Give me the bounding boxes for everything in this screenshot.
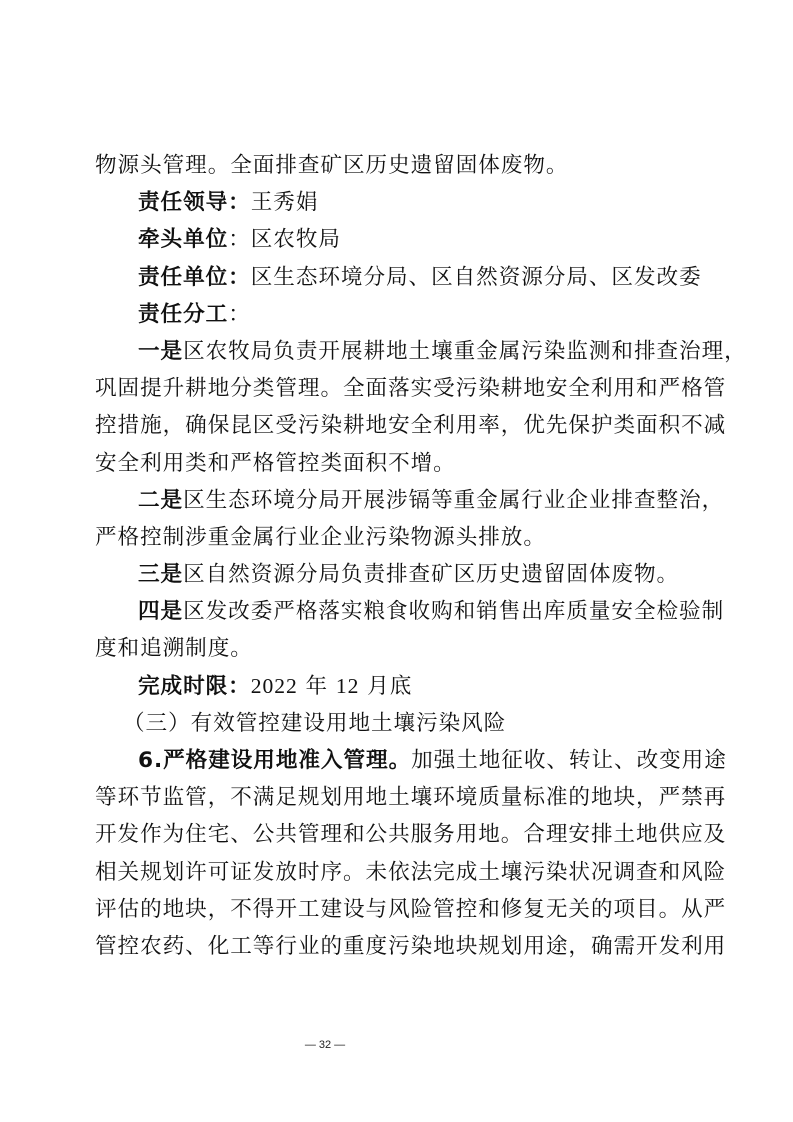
paragraph-line: 相关规划许可证发放时序。未依法完成土壤污染状况调查和风险 [95,854,705,891]
item-text: 加强土地征收、转让、改变用途 [411,748,727,773]
paragraph-line: 严格控制涉重金属行业企业污染物源头排放。 [95,519,705,556]
item-label: 二是 [138,488,183,513]
item-six: 6.严格建设用地准入管理。加强土地征收、转让、改变用途 [95,742,705,779]
field-label: 责任分工 [138,302,228,327]
responsible-leader: 责任领导：王秀娟 [95,184,705,221]
section-subheading: （三）有效管控建设用地土壤污染风险 [95,705,705,742]
field-separator: ： [228,227,251,252]
field-separator: ： [228,302,251,327]
item-three: 三是区自然资源分局负责排查矿区历史遗留固体废物。 [95,556,705,593]
item-text: 区农牧局负责开展耕地土壤重金属污染监测和排查治理， [183,339,747,364]
deadline-year-unit: 年 [298,674,336,699]
paragraph-line: 管控农药、化工等行业的重度污染地块规划用途，确需开发利用 [95,928,705,965]
responsibility-division: 责任分工： [95,296,705,333]
paragraph-line: 巩固提升耕地分类管理。全面落实受污染耕地安全利用和严格管 [95,370,705,407]
field-value: 区生态环境分局、区自然资源分局、区发改委 [251,265,702,290]
field-label: 责任单位： [138,265,251,290]
item-one: 一是区农牧局负责开展耕地土壤重金属污染监测和排查治理， [95,333,705,370]
item-label: 三是 [138,562,183,587]
field-label: 完成时限： [138,674,251,699]
field-label: 责任领导： [138,190,251,215]
page-number: — 32 — [0,1039,650,1051]
responsible-units: 责任单位：区生态环境分局、区自然资源分局、区发改委 [95,259,705,296]
paragraph-line: 评估的地块，不得开工建设与风险管控和修复无关的项目。从严 [95,891,705,928]
item-label: 一是 [138,339,183,364]
deadline-year: 2022 [251,674,298,698]
deadline-month: 12 [336,674,360,698]
item-text: 区发改委严格落实粮食收购和销售出库质量安全检验制 [183,599,724,624]
item-heading: 6.严格建设用地准入管理。 [138,748,411,773]
deadline-month-unit: 月底 [359,674,412,699]
item-text: 区自然资源分局负责排查矿区历史遗留固体废物。 [183,562,679,587]
paragraph-line: 度和追溯制度。 [95,630,705,667]
item-text: 区生态环境分局开展涉镉等重金属行业企业排查整治， [183,488,724,513]
document-page: 物源头管理。全面排查矿区历史遗留固体废物。 责任领导：王秀娟 牵头单位：区农牧局… [95,147,705,965]
lead-unit: 牵头单位：区农牧局 [95,221,705,258]
item-four: 四是区发改委严格落实粮食收购和销售出库质量安全检验制 [95,593,705,630]
field-label: 牵头单位 [138,227,228,252]
field-value: 王秀娟 [251,190,319,215]
paragraph-line: 等环节监管，不满足规划用地土壤环境质量标准的地块，严禁再 [95,779,705,816]
paragraph-line: 物源头管理。全面排查矿区历史遗留固体废物。 [95,147,705,184]
paragraph-line: 控措施，确保昆区受污染耕地安全利用率，优先保护类面积不减 [95,407,705,444]
item-two: 二是区生态环境分局开展涉镉等重金属行业企业排查整治， [95,482,705,519]
deadline: 完成时限：2022 年 12 月底 [95,668,705,705]
paragraph-line: 开发作为住宅、公共管理和公共服务用地。合理安排土地供应及 [95,816,705,853]
field-value: 区农牧局 [251,227,341,252]
item-label: 四是 [138,599,183,624]
paragraph-line: 安全利用类和严格管控类面积不增。 [95,445,705,482]
